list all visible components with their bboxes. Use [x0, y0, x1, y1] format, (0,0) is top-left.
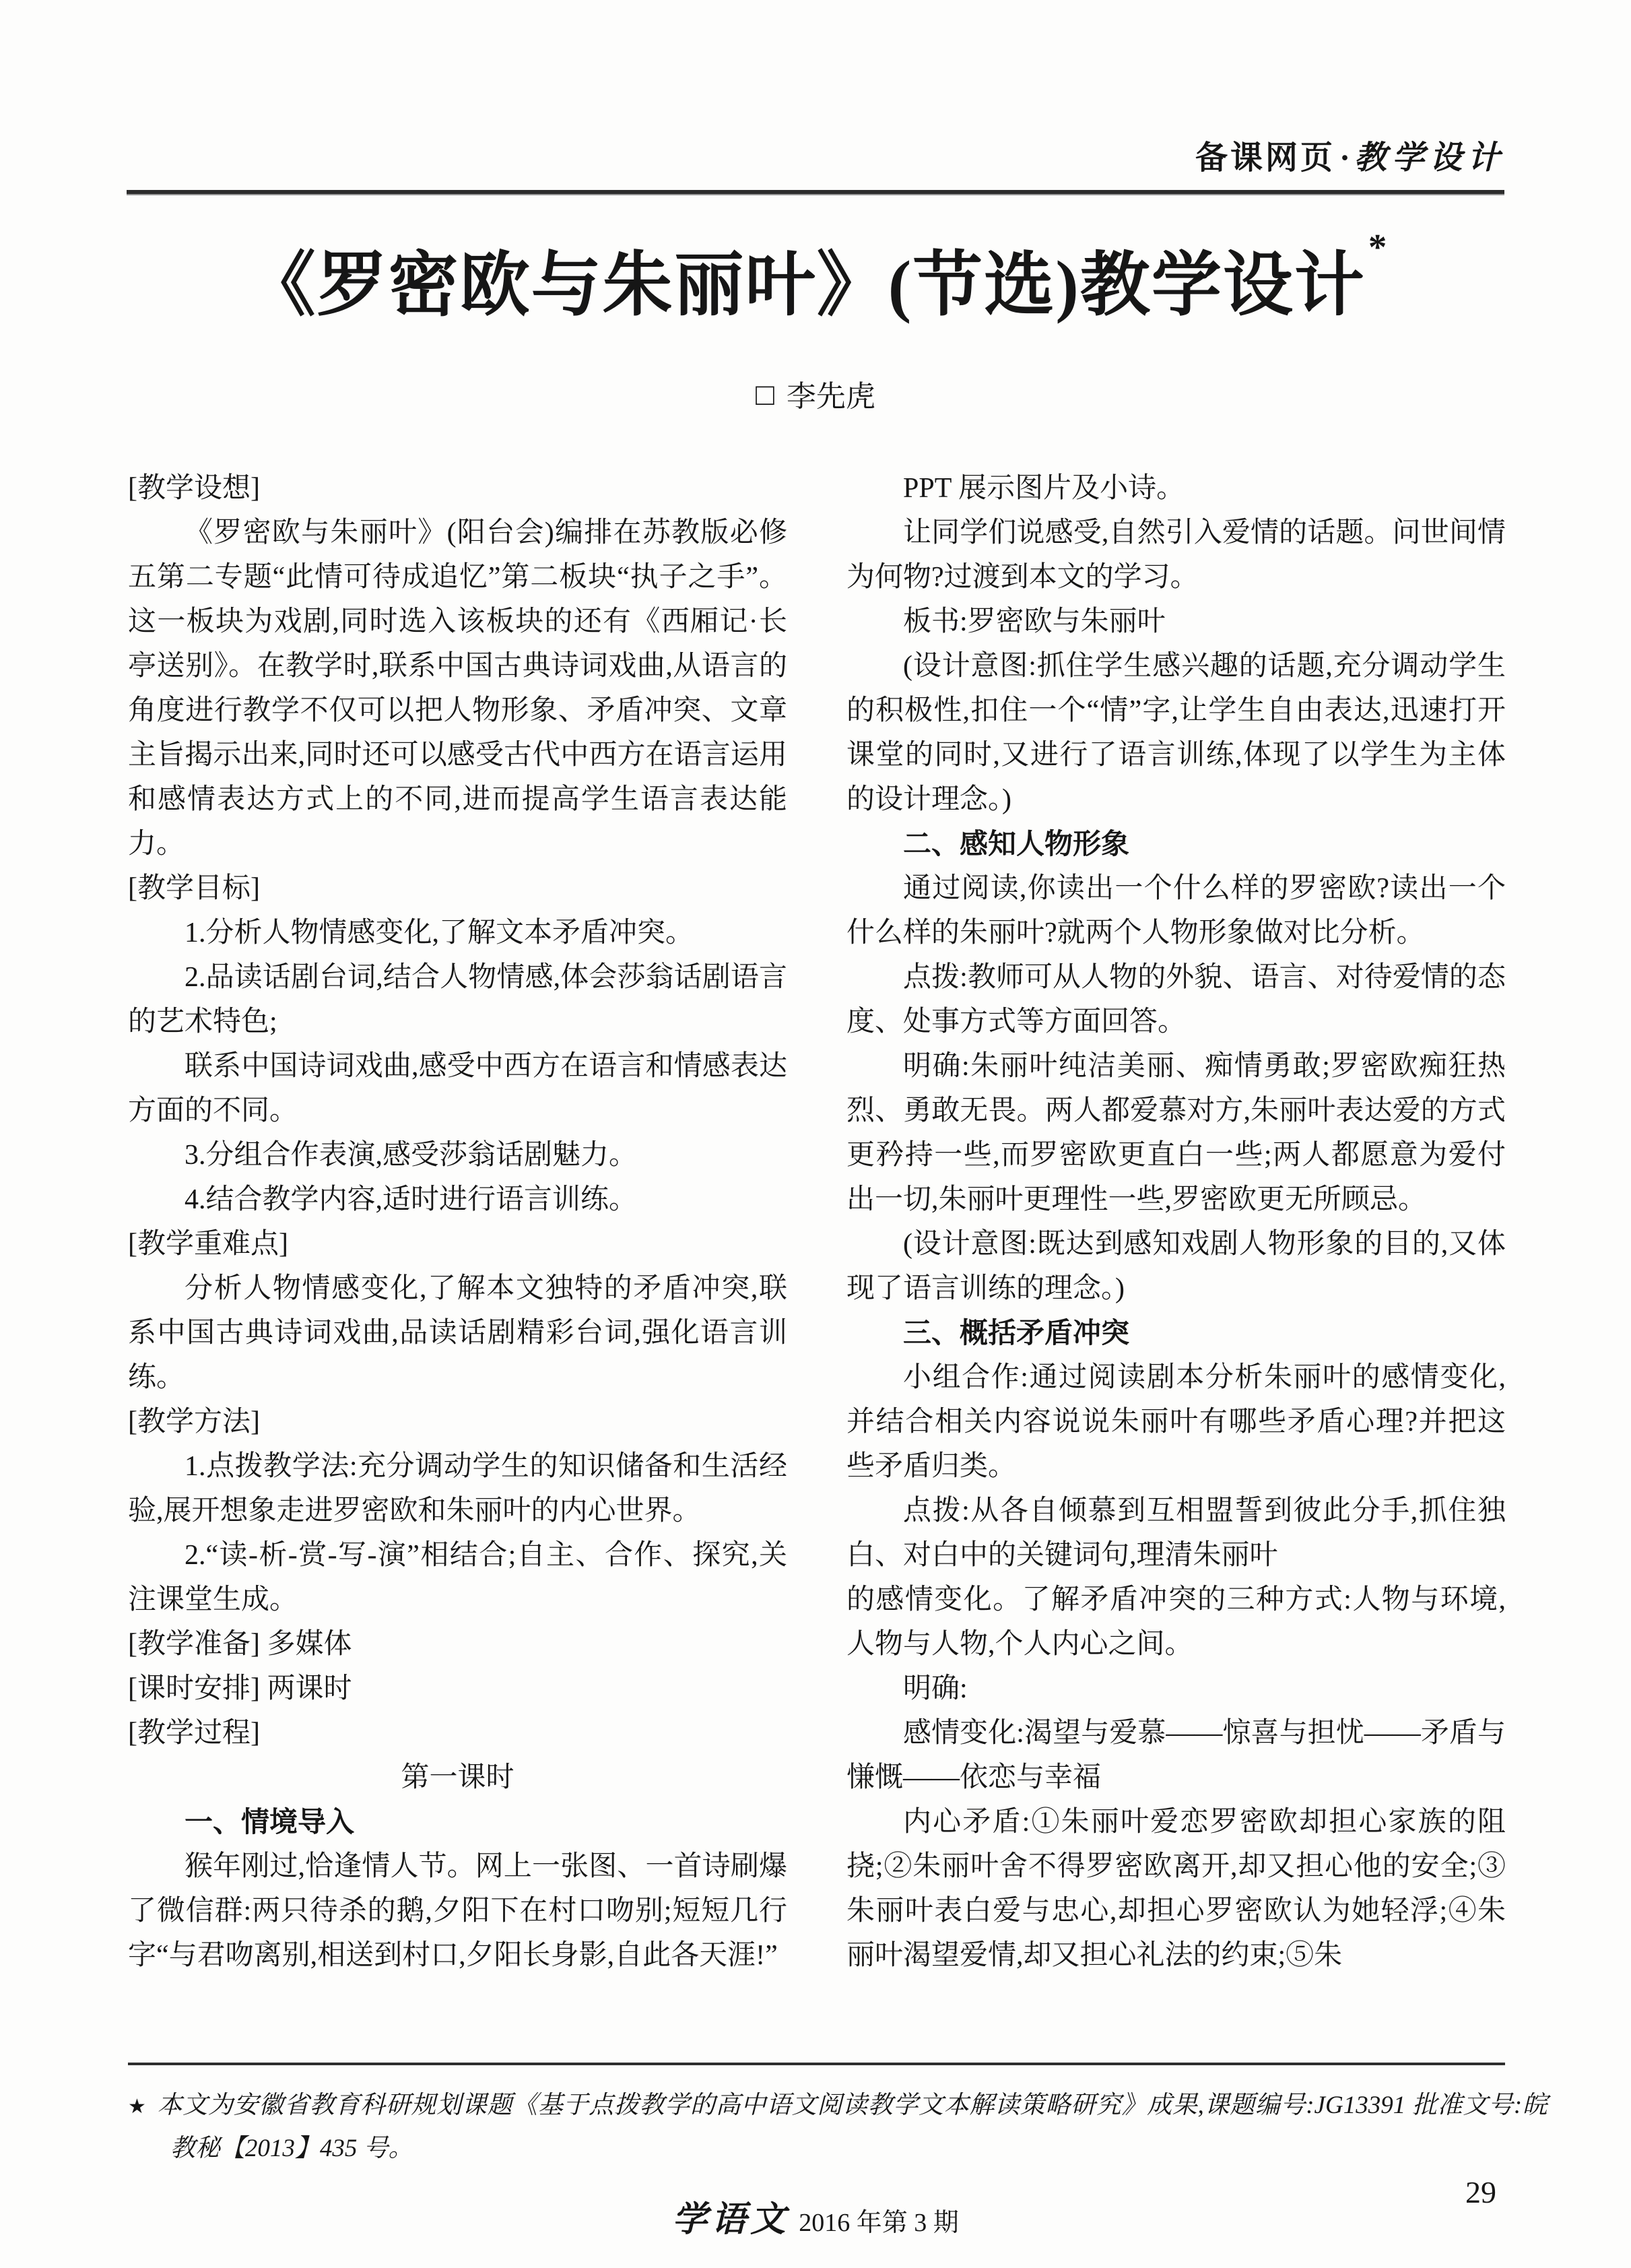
paragraph: 让同学们说感受,自然引入爱情的话题。问世间情为何物?过渡到本文的学习。 [846, 511, 1506, 600]
section-heading: 一、情境导入 [128, 1800, 787, 1844]
paragraph: 点拨:教师可从人物的外貌、语言、对待爱情的态度、处事方式等方面回答。 [846, 955, 1506, 1044]
paragraph: 明确: [846, 1666, 1506, 1711]
bracket-heading: [教学目标] [128, 866, 787, 911]
title-footnote-asterisk: * [1368, 226, 1389, 267]
bracket-heading: [教学过程] [128, 1711, 787, 1755]
journal-name: 学语文 [672, 2201, 789, 2239]
article-title-text: 《罗密欧与朱丽叶》(节选)教学设计 [246, 247, 1366, 325]
author-line: □李先虎 [0, 372, 1631, 415]
paragraph: 1.点拨教学法:充分调动学生的知识储备和生活经验,展开想象走进罗密欧和朱丽叶的内… [128, 1444, 787, 1533]
paragraph: 4.结合教学内容,适时进行语言训练。 [128, 1177, 787, 1222]
right-column: PPT 展示图片及小诗。让同学们说感受,自然引入爱情的话题。问世间情为何物?过渡… [846, 466, 1506, 1978]
footnote-rule [128, 2063, 1505, 2065]
paragraph: 联系中国诗词戏曲,感受中西方在语言和情感表达方面的不同。 [128, 1044, 787, 1133]
paragraph: 2.“读-析-赏-写-演”相结合;自主、合作、探究,关注课堂生成。 [128, 1533, 787, 1622]
left-column: [教学设想]《罗密欧与朱丽叶》(阳台会)编排在苏教版必修五第二专题“此情可待成追… [128, 466, 787, 1978]
paragraph: 《罗密欧与朱丽叶》(阳台会)编排在苏教版必修五第二专题“此情可待成追忆”第二板块… [128, 511, 787, 866]
footnote-text: 本文为安徽省教育科研规划课题《基于点拨教学的高中语文阅读教学文本解读策略研究》成… [158, 2092, 1547, 2162]
page-footer: 学语文2016 年第 3 期 [0, 2191, 1631, 2241]
paragraph: 点拨:从各自倾慕到互相盟誓到彼此分手,抓住独白、对白中的关键词句,理清朱丽叶 [846, 1489, 1506, 1578]
paragraph: 板书:罗密欧与朱丽叶 [846, 600, 1506, 644]
paragraph: 分析人物情感变化,了解本文独特的矛盾冲突,联系中国古典诗词戏曲,品读话剧精彩台词… [128, 1266, 787, 1400]
article-body: [教学设想]《罗密欧与朱丽叶》(阳台会)编排在苏教版必修五第二专题“此情可待成追… [128, 466, 1506, 1978]
footnote: ★本文为安徽省教育科研规划课题《基于点拨教学的高中语文阅读教学文本解读策略研究》… [128, 2085, 1547, 2170]
journal-issue: 2016 年第 3 期 [799, 2209, 959, 2237]
center-heading: 第一课时 [128, 1755, 787, 1800]
paragraph: 的感情变化。了解矛盾冲突的三种方式:人物与环境,人物与人物,个人内心之间。 [846, 1578, 1506, 1666]
header-rule [127, 190, 1504, 195]
paragraph: 通过阅读,你读出一个什么样的罗密欧?读出一个什么样的朱丽叶?就两个人物形象做对比… [846, 866, 1506, 955]
paragraph: (设计意图:既达到感知戏剧人物形象的目的,又体现了语言训练的理念。) [846, 1222, 1506, 1311]
paragraph: 明确:朱丽叶纯洁美丽、痴情勇敢;罗密欧痴狂热烈、勇敢无畏。两人都爱慕对方,朱丽叶… [846, 1044, 1506, 1222]
section-heading: 二、感知人物形象 [846, 822, 1506, 866]
running-head-separator: · [1335, 140, 1354, 176]
paragraph: 小组合作:通过阅读剧本分析朱丽叶的感情变化,并结合相关内容说说朱丽叶有哪些矛盾心… [846, 1355, 1506, 1489]
paragraph: (设计意图:抓住学生感兴趣的话题,充分调动学生的积极性,扣住一个“情”字,让学生… [846, 644, 1506, 822]
bracket-heading: [课时安排] 两课时 [128, 1666, 787, 1711]
author-square-icon: □ [756, 377, 774, 412]
running-head-subsection: 教学设计 [1354, 140, 1505, 176]
paragraph: PPT 展示图片及小诗。 [846, 466, 1506, 511]
bracket-heading: [教学重难点] [128, 1222, 787, 1266]
author-name: 李先虎 [787, 380, 875, 413]
footnote-star-icon: ★ [128, 2096, 147, 2118]
bracket-heading: [教学准备] 多媒体 [128, 1622, 787, 1666]
paragraph: 猴年刚过,恰逢情人节。网上一张图、一首诗刷爆了微信群:两只待杀的鹅,夕阳下在村口… [128, 1844, 787, 1978]
bracket-heading: [教学设想] [128, 466, 787, 511]
article-title: 《罗密欧与朱丽叶》(节选)教学设计* [0, 222, 1631, 337]
journal-page: 备课网页·教学设计 《罗密欧与朱丽叶》(节选)教学设计* □李先虎 [教学设想]… [0, 0, 1631, 2268]
running-head-section: 备课网页 [1195, 140, 1335, 176]
paragraph: 感情变化:渴望与爱慕——惊喜与担忧——矛盾与慊慨——依恋与幸福 [846, 1711, 1506, 1800]
running-head: 备课网页·教学设计 [128, 138, 1505, 179]
section-heading: 三、概括矛盾冲突 [846, 1311, 1506, 1355]
bracket-heading: [教学方法] [128, 1400, 787, 1444]
paragraph: 2.品读话剧台词,结合人物情感,体会莎翁话剧语言的艺术特色; [128, 955, 787, 1044]
paragraph: 3.分组合作表演,感受莎翁话剧魅力。 [128, 1133, 787, 1177]
paragraph: 内心矛盾:①朱丽叶爱恋罗密欧却担心家族的阻挠;②朱丽叶舍不得罗密欧离开,却又担心… [846, 1800, 1506, 1978]
page-number: 29 [1465, 2174, 1496, 2210]
paragraph: 1.分析人物情感变化,了解文本矛盾冲突。 [128, 911, 787, 955]
